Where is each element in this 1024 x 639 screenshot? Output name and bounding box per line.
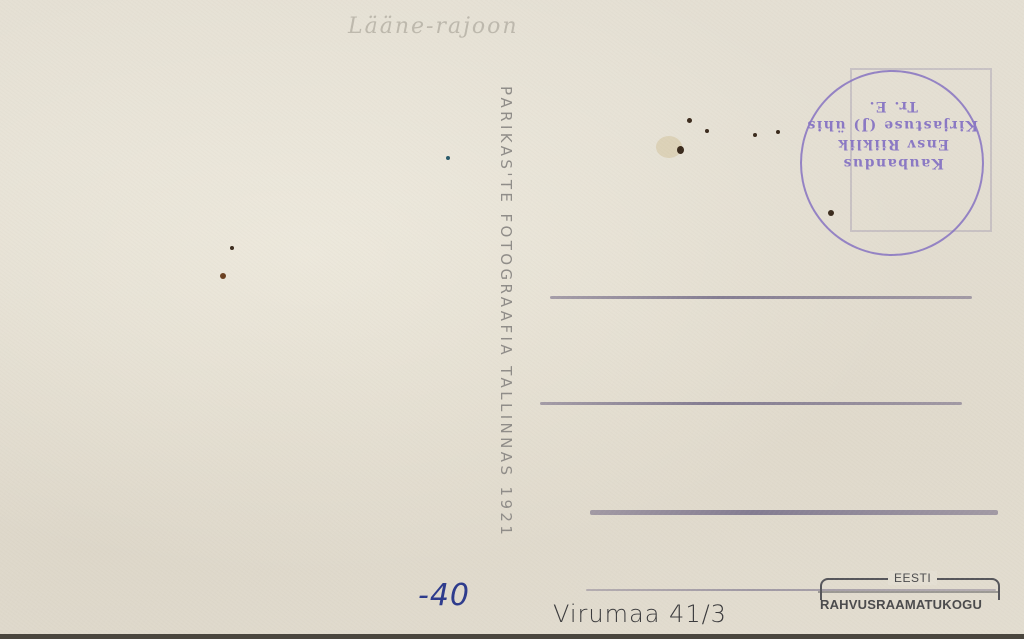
card-bottom-edge <box>0 634 1024 639</box>
publisher-imprint: PARIKAS'TE FOTOGRAAFIA TALLINNAS 1921 <box>497 86 515 606</box>
foxing-spot <box>230 246 234 250</box>
postcard-reverse: Lääne-rajoon PARIKAS'TE FOTOGRAAFIA TALL… <box>0 0 1024 634</box>
library-stamp-top: EESTI <box>888 571 937 585</box>
library-stamp-midline <box>818 591 998 593</box>
foxing-spot <box>705 129 709 133</box>
foxing-spot <box>446 156 450 160</box>
postmark-line: Ensv Riiklik <box>808 134 978 153</box>
foxing-spot <box>220 273 226 279</box>
foxing-spot <box>828 210 834 216</box>
address-line-3 <box>590 510 998 515</box>
foxing-spot <box>677 146 684 154</box>
postmark-line: Kirjastuse (J) ühis <box>808 115 978 134</box>
address-line-1 <box>550 296 972 299</box>
library-stamp-bottom: RAHVUSRAAMATUKOGU <box>820 597 982 612</box>
postmark-text: Kaubandus Ensv Riiklik Kirjastuse (J) üh… <box>808 96 978 172</box>
library-stamp: EESTI RAHVUSRAAMATUKOGU <box>818 574 1004 618</box>
handwritten-note: Virumaa 41/3 <box>553 600 727 628</box>
foxing-spot <box>776 130 780 134</box>
postmark-line: Tr. E. <box>808 96 978 115</box>
price-mark: -40 <box>418 578 470 613</box>
foxing-spot <box>753 133 757 137</box>
postmark-line: Kaubandus <box>808 153 978 172</box>
pencil-inscription-top: Lääne-rajoon <box>348 14 519 39</box>
address-line-2 <box>540 402 962 405</box>
foxing-spot <box>687 118 692 123</box>
